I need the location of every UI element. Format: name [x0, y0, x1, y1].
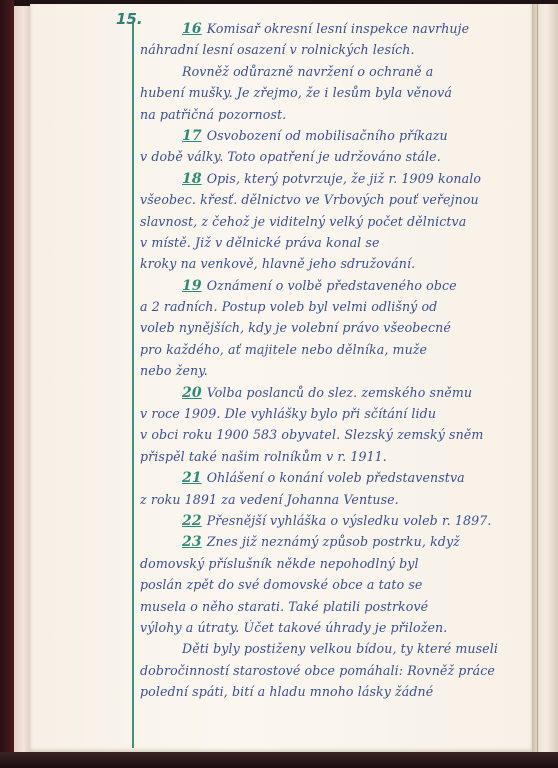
book-cover-left [0, 0, 14, 768]
page-number: 15. [116, 10, 143, 28]
entry-21: 21Ohlášení o konání voleb představenstva… [140, 467, 528, 510]
page-edges-left [14, 6, 31, 754]
entry-number: 16 [182, 21, 202, 37]
margin-rule [132, 22, 134, 748]
entry-17: 17Osvobození od mobilisačního příkazu v … [140, 125, 528, 168]
entry-text: Osvobození od mobilisačního příkazu [207, 128, 448, 143]
entry-22: 22Přesnější vyhláška o výsledku voleb r.… [140, 510, 528, 531]
entry-line: 19Oznámení o volbě představeného obce [140, 275, 528, 296]
entry-text: Ohlášení o konání voleb představenstva [207, 470, 465, 485]
entry-line: v místě. Již v dělnické práva konal se [140, 232, 528, 253]
entry-number: 20 [182, 385, 202, 401]
entry-line: 17Osvobození od mobilisačního příkazu [140, 125, 528, 146]
entry-line: hubení mušky. Je zřejmo, že i lesům byla… [140, 82, 528, 103]
entry-line: v době války. Toto opatření je udržováno… [140, 146, 528, 167]
entry-line: musela o něho starati. Také platili post… [140, 596, 528, 617]
entry-text: Opis, který potvrzuje, že již r. 1909 ko… [207, 171, 481, 186]
entry-line: v roce 1909. Dle vyhlášky bylo při sčítá… [140, 403, 528, 424]
entry-line: přispěl také našim rolníkům v r. 1911. [140, 446, 528, 467]
entry-23: 23Znes již neznámý způsob postrku, když … [140, 531, 528, 702]
entry-number: 18 [182, 171, 202, 187]
entry-line: pro každého, ať majitele nebo dělníka, m… [140, 339, 528, 360]
entry-line: 23Znes již neznámý způsob postrku, když [140, 531, 528, 552]
entry-18: 18Opis, který potvrzuje, že již r. 1909 … [140, 168, 528, 275]
entry-line: dobročinností starostové obce pomáhali: … [140, 660, 528, 681]
handwritten-entries: 16Komisař okresní lesní inspekce navrhuj… [140, 18, 528, 703]
entry-line: na patřičná pozornost. [140, 104, 528, 125]
entry-line: výlohy a útraty. Účet takové úhrady je p… [140, 617, 528, 638]
entry-line: 18Opis, který potvrzuje, že již r. 1909 … [140, 168, 528, 189]
entry-line: 16Komisař okresní lesní inspekce navrhuj… [140, 18, 528, 39]
entry-text: Znes již neznámý způsob postrku, když [207, 534, 460, 549]
notebook-photo: 15. 16Komisař okresní lesní inspekce nav… [0, 0, 558, 768]
book-gutter [532, 4, 558, 752]
entry-line: voleb nynějších, kdy je volební právo vš… [140, 317, 528, 338]
entry-line: poslán zpět do své domovské obce a tato … [140, 574, 528, 595]
entry-number: 17 [182, 128, 202, 144]
entry-line: Děti byly postiženy velkou bídou, ty kte… [140, 638, 528, 659]
entry-line: v obci roku 1900 583 obyvatel. Slezský z… [140, 424, 528, 445]
entry-line: domovský příslušník někde nepohodlný byl [140, 553, 528, 574]
entry-number: 22 [182, 513, 202, 529]
entry-line: Rovněž odůrazně navržení o ochraně a [140, 61, 528, 82]
entry-number: 23 [182, 534, 202, 550]
entry-19: 19Oznámení o volbě představeného obce a … [140, 275, 528, 382]
entry-line: nebo ženy. [140, 360, 528, 381]
entry-line: z roku 1891 za vedení Johanna Ventuse. [140, 489, 528, 510]
entry-line: 21Ohlášení o konání voleb představenstva [140, 467, 528, 488]
entry-number: 19 [182, 278, 202, 294]
entry-20: 20Volba poslanců do slez. zemského sněmu… [140, 382, 528, 468]
book-cover-bottom [0, 752, 558, 768]
entry-line: 20Volba poslanců do slez. zemského sněmu [140, 382, 528, 403]
entry-line: polední spáti, bití a hladu mnoho lásky … [140, 681, 528, 702]
entry-number: 21 [182, 470, 202, 486]
entry-line: náhradní lesní osazení v rolnických lesí… [140, 39, 528, 60]
entry-text: Přesnější vyhláška o výsledku voleb r. 1… [207, 513, 492, 528]
entry-line: 22Přesnější vyhláška o výsledku voleb r.… [140, 510, 528, 531]
entry-line: a 2 radních. Postup voleb byl velmi odli… [140, 296, 528, 317]
entry-text: Oznámení o volbě představeného obce [207, 278, 457, 293]
entry-line: kroky na venkově, hlavně jeho sdružování… [140, 253, 528, 274]
entry-16: 16Komisař okresní lesní inspekce navrhuj… [140, 18, 528, 125]
entry-line: všeobec. křesť. dělnictvo ve Vrbových po… [140, 189, 528, 210]
entry-line: slavnost, z čehož je viditelný velký poč… [140, 211, 528, 232]
entry-text: Komisař okresní lesní inspekce navrhuje [207, 21, 469, 36]
entry-text: Volba poslanců do slez. zemského sněmu [207, 385, 472, 400]
